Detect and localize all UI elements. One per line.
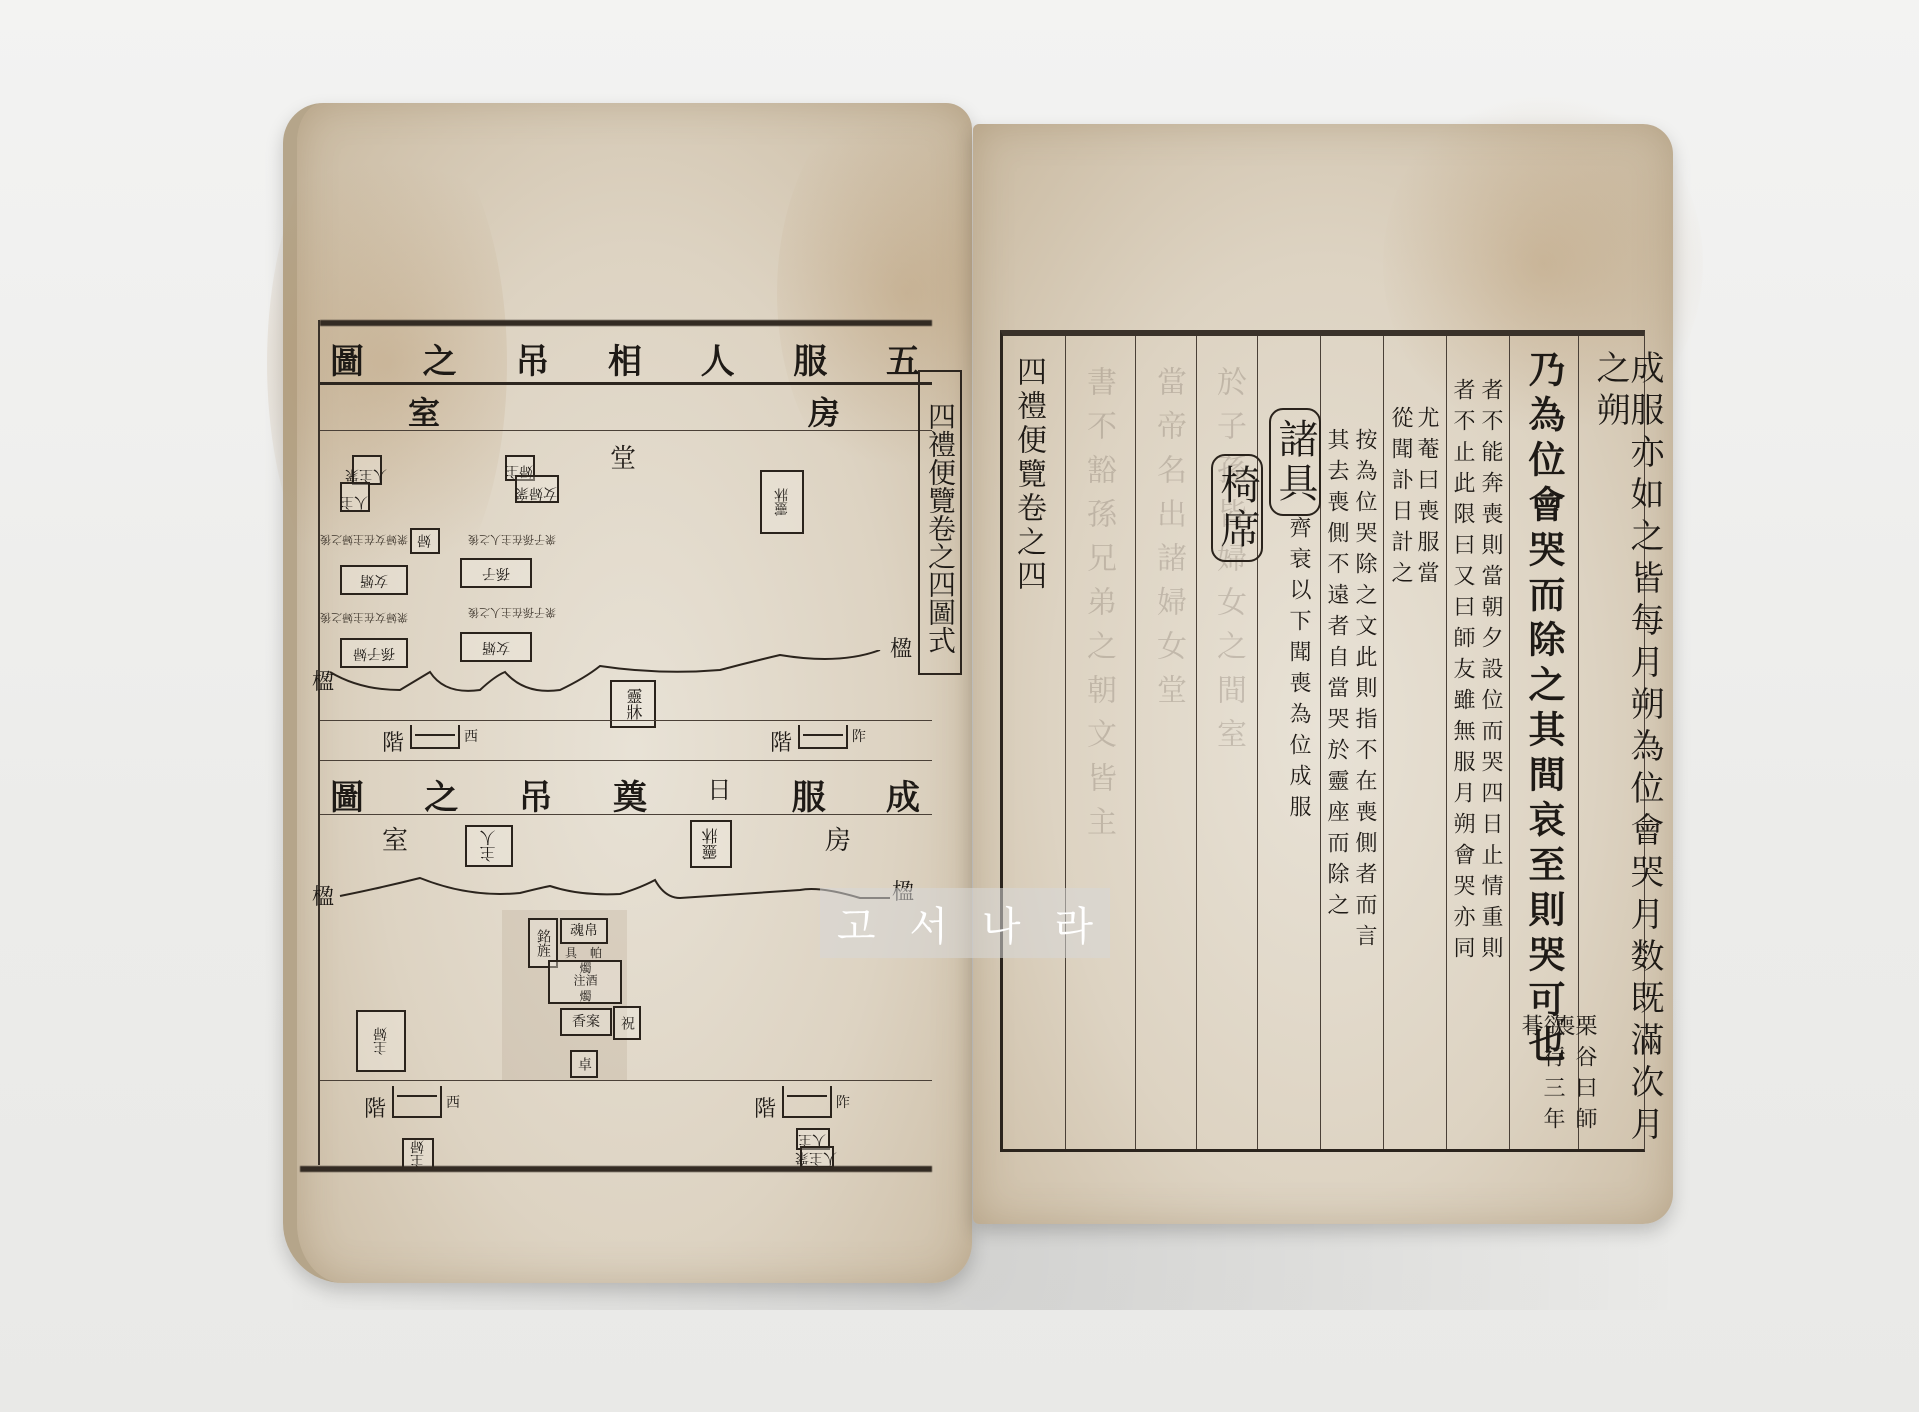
box-incense-table: 香案: [560, 1008, 612, 1036]
column-rule: [1446, 336, 1447, 1149]
east-side-label: 阼: [852, 726, 866, 746]
inner-label: 帕: [590, 944, 602, 961]
west-step: [392, 1086, 442, 1118]
title-char: 圖: [330, 334, 366, 383]
box-candles-offering: 燭 酒注 燭: [548, 960, 622, 1004]
inner-label: 具: [565, 944, 577, 961]
title-underline: [320, 382, 932, 385]
text-column: 齊衰以下聞喪為位成服: [1287, 516, 1309, 826]
diagram-note: 衆子孫在主人之後: [468, 532, 556, 548]
watermark: 고 서 나 라: [820, 888, 1110, 958]
column-rule: [1509, 336, 1510, 1149]
west-side-label: 西: [464, 726, 478, 746]
hall-bottom-rule: [320, 720, 932, 721]
column-rule: [1383, 336, 1384, 1149]
title-char: 奠: [613, 770, 649, 819]
west-step-label: 階: [382, 726, 404, 757]
heading-tag-zhu-ju: 諸具: [1269, 408, 1321, 516]
hall-bottom-rule: [320, 1080, 932, 1081]
pillar-label-right: 楹: [890, 632, 912, 663]
text-column: 其去喪側不遠者自當哭於靈座而除之: [1325, 428, 1347, 924]
bleed-through-text: 於子孫皆婦女之間室: [1213, 366, 1243, 762]
text-column: 乃為位會哭而除之其間哀至則哭可也: [1525, 350, 1562, 1070]
watermark-char: 고: [837, 895, 876, 952]
room-label-shi: 室: [382, 820, 408, 857]
box-zhu-ren: 主人: [340, 482, 370, 512]
east-side-label: 阼: [836, 1092, 850, 1112]
column-rule: [1196, 336, 1197, 1149]
box-zhu: 祝: [613, 1006, 641, 1040]
bleed-through-text: 當帝名出諸婦女堂: [1153, 366, 1183, 718]
box-nu-xu: 女婿: [340, 565, 408, 595]
frame-top-rule: [320, 320, 932, 326]
box-zhu-fu: 主婦: [356, 1010, 406, 1072]
text-column: 按為位哭除之文此則指不在喪側者而言: [1353, 428, 1375, 955]
text-column: 從聞訃日計之: [1389, 406, 1411, 592]
title-char: 之: [423, 334, 459, 383]
title-char: 日: [707, 770, 733, 819]
east-step: [782, 1086, 832, 1118]
text-column: 者不止此限曰又曰師友雖無服月朔會哭亦同: [1451, 378, 1473, 967]
box-fu: 婦: [410, 528, 440, 554]
box-zhu-ren: 主人: [465, 825, 513, 867]
inner-label: 酒注: [573, 974, 597, 990]
right-margin-title: 四禮便覽卷之四: [1013, 356, 1043, 594]
east-step-label: 階: [754, 1092, 776, 1123]
room-divider: [320, 430, 932, 431]
frame-bottom-rule: [300, 1166, 932, 1172]
diagram-note: 衆婦女在主婦之後: [320, 532, 408, 548]
title-char: 吊: [515, 334, 551, 383]
title-char: 服: [793, 334, 829, 383]
diagram-2-title: 成 服 日 奠 吊 之 圖: [330, 770, 922, 819]
inner-label: 燭: [579, 962, 591, 974]
box-zhong-fu-nu: 衆婦女: [515, 475, 559, 503]
text-column: 成服亦如之皆每月朔為位會哭月数既滿次月之朔: [1593, 350, 1661, 1149]
bleed-through-text: 書不豁孫兄弟之朝文皆主: [1083, 366, 1113, 850]
title-char: 五: [886, 334, 922, 383]
box-hun-bo: 魂帛: [560, 918, 608, 944]
text-column: 尤菴曰喪服當: [1415, 406, 1437, 592]
diagram-1-title: 五 服 人 相 吊 之 圖: [330, 334, 922, 383]
heading-tag-yi-xi: 椅席: [1211, 454, 1263, 562]
room-label-shi: 室: [408, 388, 440, 434]
box-sun-zi: 孫子: [460, 558, 532, 588]
title-underline: [320, 814, 932, 815]
pillar-label-left: 楹: [312, 880, 334, 911]
west-step: [410, 725, 460, 749]
text-column: 欲行三年朞: [1519, 1014, 1563, 1149]
east-step-label: 階: [770, 726, 792, 757]
column-rule: [1065, 336, 1066, 1149]
west-step-label: 階: [364, 1092, 386, 1123]
watermark-char: 나: [982, 895, 1021, 952]
watermark-char: 서: [909, 895, 948, 952]
room-label-fang: 房: [808, 388, 840, 434]
title-char: 圖: [330, 770, 366, 819]
column-rule: [1135, 336, 1136, 1149]
east-step: [798, 725, 848, 749]
diagram-separator: [320, 760, 932, 761]
box-zhuo: 卓: [570, 1050, 598, 1078]
box-zhu-ren: 衆主人: [352, 455, 382, 485]
title-char: 成: [886, 770, 922, 819]
watermark-char: 라: [1054, 895, 1093, 952]
west-side-label: 西: [446, 1092, 460, 1112]
diagram-note: 衆婦女在主婦之後: [320, 610, 408, 626]
title-char: 相: [608, 334, 644, 383]
title-char: 人: [701, 334, 737, 383]
title-char: 之: [424, 770, 460, 819]
left-margin-title: 四禮便覽卷之四圖式: [918, 370, 962, 675]
title-char: 吊: [519, 770, 555, 819]
spirit-bed-box: 靈牀: [760, 470, 804, 534]
room-label-fang: 房: [825, 820, 851, 857]
text-frame: 四禮便覽卷之四 書不豁孫兄弟之朝文皆主 當帝名出諸婦女堂 於子孫皆婦女之間室 椅…: [1000, 330, 1645, 1152]
title-char: 服: [792, 770, 828, 819]
box-zhong-zhu-ren: 衆主人: [800, 1146, 834, 1168]
text-column: 者不能奔喪則當朝夕設位而哭四日止情重則: [1479, 378, 1501, 967]
diagram-frame: 五 服 人 相 吊 之 圖 室 房 堂 靈牀 衆主人 主人 主婦 衆婦女 婦 衆…: [318, 320, 932, 1165]
spirit-bed-box: 靈牀: [690, 820, 732, 868]
inner-label: 燭: [579, 990, 591, 1002]
pillar-label-left: 楹: [312, 665, 334, 696]
hall-label: 堂: [610, 438, 636, 475]
diagram-note: 衆子孫在主人之後: [468, 605, 556, 621]
